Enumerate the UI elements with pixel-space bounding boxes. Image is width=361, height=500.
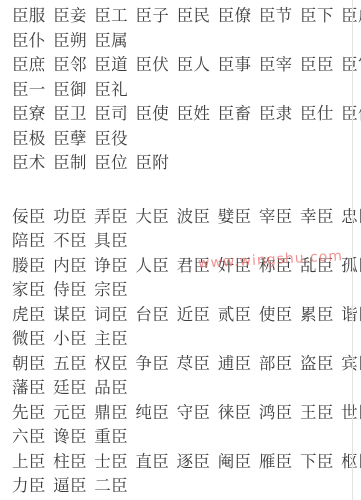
word-line: 力臣 逼臣 二臣 xyxy=(12,474,355,499)
word-line: 陪臣 不臣 具臣 xyxy=(12,229,355,254)
word-line: 媵臣 内臣 诤臣 人臣 君臣 奸臣 称臣 乱臣 孤臣 xyxy=(12,254,355,279)
section-words-starting-with-chen: 臣服 臣妾 臣工 臣子 臣民 臣僚 臣节 臣下 臣虏 臣仆 臣朔 臣属 臣庶 臣… xyxy=(12,4,355,176)
word-list-content: 臣服 臣妾 臣工 臣子 臣民 臣僚 臣节 臣下 臣虏 臣仆 臣朔 臣属 臣庶 臣… xyxy=(12,4,355,499)
word-line: 藩臣 廷臣 品臣 xyxy=(12,376,355,401)
right-edge-divider xyxy=(352,0,353,500)
word-line: 上臣 柱臣 士臣 直臣 逐臣 阉臣 雁臣 下臣 枢臣 xyxy=(12,450,355,475)
word-line: 朝臣 五臣 权臣 争臣 荩臣 逋臣 部臣 盗臣 宾臣 xyxy=(12,352,355,377)
section-words-ending-with-chen: 佞臣 功臣 弄臣 大臣 波臣 嬖臣 宰臣 幸臣 忠臣 陪臣 不臣 具臣 媵臣 内… xyxy=(12,205,355,499)
word-line: 臣寮 臣卫 臣司 臣使 臣姓 臣畜 臣隶 臣仕 臣佐 xyxy=(12,102,355,127)
word-line: 臣庶 臣邻 臣道 臣伏 臣人 臣事 臣宰 臣臣 臣官 xyxy=(12,53,355,78)
word-line: 臣仆 臣朔 臣属 xyxy=(12,29,355,54)
word-line: 臣一 臣御 臣礼 xyxy=(12,78,355,103)
word-line: 佞臣 功臣 弄臣 大臣 波臣 嬖臣 宰臣 幸臣 忠臣 xyxy=(12,205,355,230)
word-line: 先臣 元臣 鼎臣 纯臣 守臣 徕臣 鸿臣 王臣 世臣 xyxy=(12,401,355,426)
word-line: 臣极 臣孽 臣役 xyxy=(12,127,355,152)
word-line: 臣术 臣制 臣位 臣附 xyxy=(12,151,355,176)
word-line: 臣服 臣妾 臣工 臣子 臣民 臣僚 臣节 臣下 臣虏 xyxy=(12,4,355,29)
word-line: 微臣 小臣 主臣 xyxy=(12,327,355,352)
word-line: 虎臣 谋臣 词臣 台臣 近臣 贰臣 使臣 累臣 谐臣 xyxy=(12,303,355,328)
word-line: 家臣 侍臣 宗臣 xyxy=(12,278,355,303)
word-line: 六臣 谗臣 重臣 xyxy=(12,425,355,450)
